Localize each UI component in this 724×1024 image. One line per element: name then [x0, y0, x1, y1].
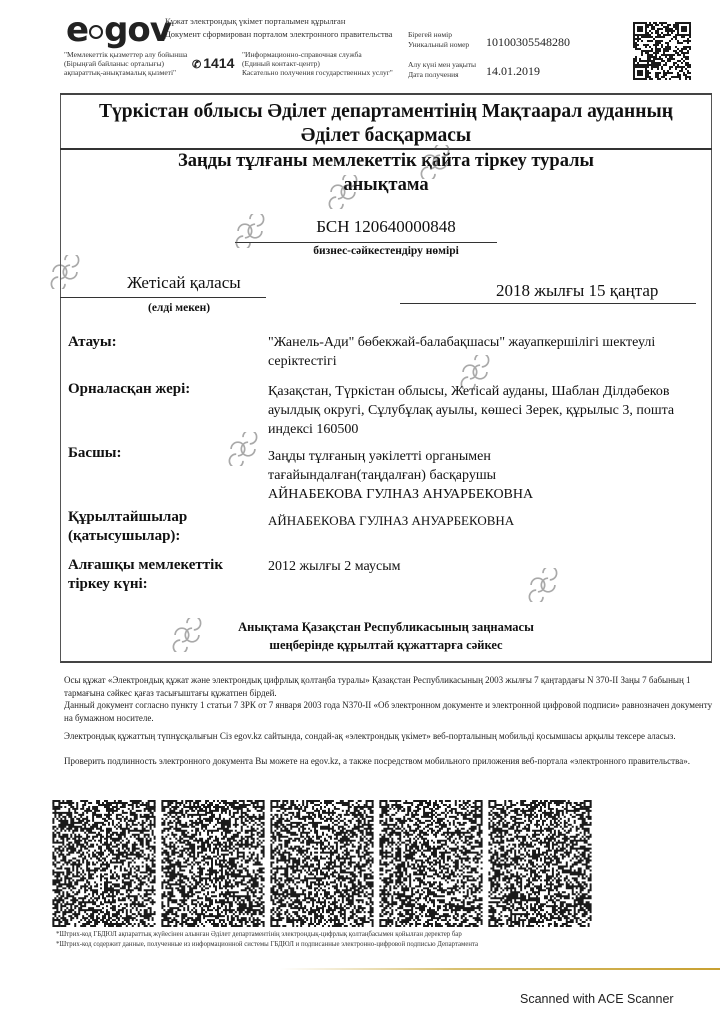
date-underline: [400, 303, 696, 304]
bin-caption: бизнес-сәйкестендіру нөмірі: [60, 245, 712, 257]
field-label-name: Атауы:: [68, 333, 248, 352]
field-value-head: Заңды тұлғаның уәкілетті органымен тағай…: [268, 447, 588, 504]
barcode-icon: [488, 800, 592, 927]
locality: Жетісай қаласы: [127, 273, 241, 293]
qr-code-icon: [632, 22, 692, 80]
barcode-icon: [52, 800, 156, 927]
contact-phone: ✆1414: [192, 55, 234, 71]
legal-equivalence-kz: Осы құжат «Электрондық құжат және электр…: [64, 674, 714, 699]
field-label-head: Басшы:: [68, 444, 248, 463]
footnote-kz: *Штрих-код ГБДЮЛ ақпараттық жүйесінен ал…: [56, 931, 462, 938]
logo-ring-icon: [89, 25, 103, 39]
locality-underline: [60, 297, 266, 298]
certificate-date: 2018 жылғы 15 қаңтар: [496, 281, 658, 301]
scanner-watermark: Scanned with ACE Scanner: [520, 992, 674, 1006]
receipt-date-label: Алу күні мен уақыты Дата получения: [408, 60, 476, 80]
field-value-founders: АЙНАБЕКОВА ГУЛНАЗ АНУАРБЕКОВНА: [268, 511, 708, 530]
portal-line-kz: Құжат электрондық үкімет порталымен құры…: [165, 16, 345, 26]
field-value-address: Қазақстан, Түркістан облысы, Жетісай ауд…: [268, 382, 708, 439]
ornament-icon: [226, 432, 260, 466]
verify-note-kz: Электрондық құжаттың түпнұсқалығын Сіз e…: [64, 730, 714, 743]
ornament-icon: [170, 618, 204, 652]
ornament-icon: [233, 214, 267, 248]
document-title: Заңды тұлғаны мемлекеттік қайта тіркеу т…: [60, 149, 712, 197]
bin-number: БСН 120640000848: [60, 217, 712, 237]
field-value-first-registration: 2012 жылғы 2 маусым: [268, 557, 708, 576]
issuer-title: Түркістан облысы Әділет департаментінің …: [60, 100, 712, 148]
ornament-icon: [326, 175, 360, 209]
ornament-icon: [48, 255, 82, 289]
unique-number-label: Бірегей нөмір Уникальный номер: [408, 30, 469, 50]
receipt-date: 14.01.2019: [486, 64, 540, 79]
phone-icon: ✆: [192, 59, 201, 71]
service-info-kz: "Мемлекеттік қызметтер алу бойынша (Біры…: [64, 50, 187, 77]
legal-equivalence-ru: Данный документ согласно пункту 1 статьи…: [64, 699, 714, 724]
field-label-address: Орналасқан жері:: [68, 380, 248, 399]
ornament-icon: [418, 145, 452, 179]
bottom-divider: [280, 968, 720, 970]
barcode-icon: [379, 800, 483, 927]
ornament-icon: [458, 355, 492, 389]
ornament-icon: [526, 568, 560, 602]
verify-note-ru: Проверить подлинность электронного докум…: [64, 755, 714, 768]
portal-line-ru: Документ сформирован порталом электронно…: [165, 29, 392, 39]
service-info-ru: "Информационно-справочная служба (Единый…: [242, 50, 393, 77]
egov-logo: egov: [66, 10, 171, 50]
barcode-strip: [52, 800, 592, 927]
field-label-first-registration: Алғашқы мемлекеттік тіркеу күні:: [68, 556, 238, 594]
unique-number: 10100305548280: [486, 35, 570, 50]
barcode-icon: [270, 800, 374, 927]
bin-underline: [235, 242, 497, 243]
field-label-founders: Құрылтайшылар (қатысушылар):: [68, 508, 238, 546]
locality-caption: (елді мекен): [148, 302, 210, 314]
footnote-ru: *Штрих-код содержит данные, полученные и…: [56, 941, 478, 948]
barcode-icon: [161, 800, 265, 927]
